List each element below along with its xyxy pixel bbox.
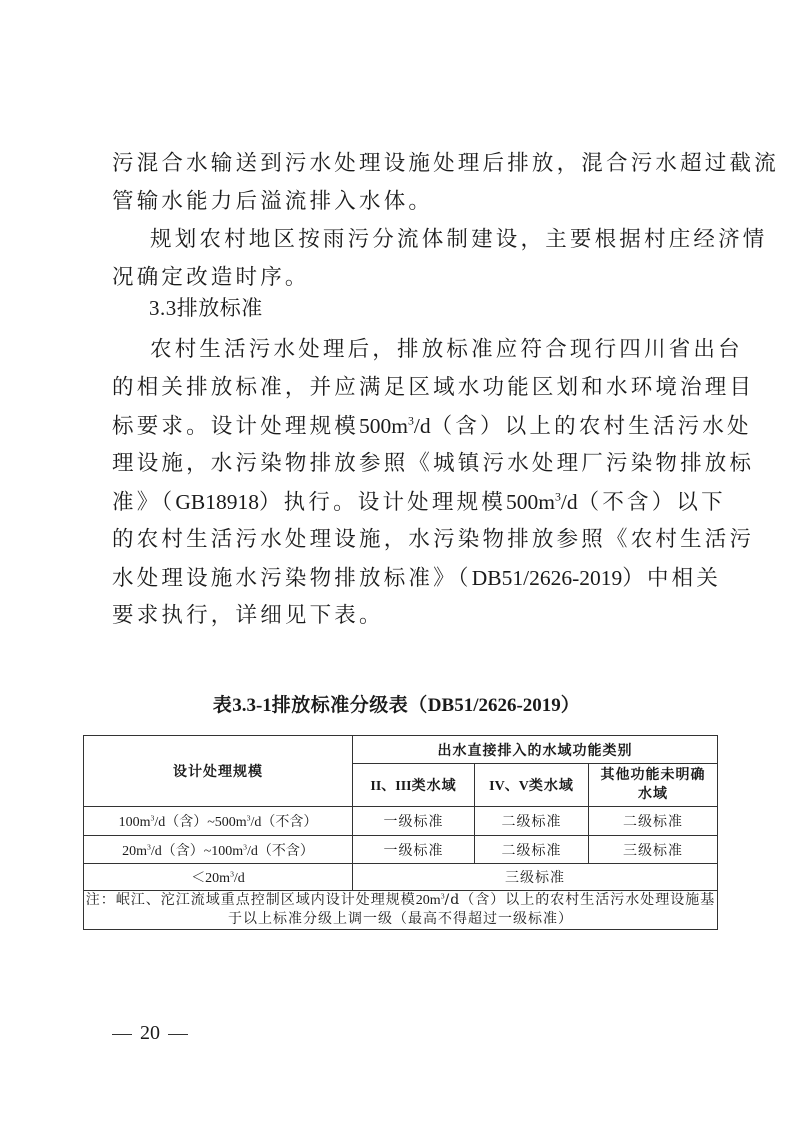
text-span: /d（不含） [251,815,318,830]
text-span: （不含）以下 [578,490,726,515]
text-span: 水域 [638,786,668,802]
text-span: 表 [213,694,233,716]
paragraph-1-line-2: 管输水能力后溢流排入水体。 [112,188,682,216]
table-row: 20m3/d（含）~100m3/d（不含） 一级标准 二级标准 三级标准 [84,836,718,864]
cell-scale: ＜20m3/d [84,864,353,891]
text-span: /d [414,414,431,438]
text-span: ＜20m [191,871,230,886]
header-class-4-5: IV、V类水域 [475,764,589,807]
cell-value: 三级标准 [589,836,718,864]
discharge-standard-table: 设计处理规模 出水直接排入的水域功能类别 II、III类水域 IV、V类水域 其… [83,735,718,930]
cell-value: 二级标准 [475,836,589,864]
capacity-value: 500m3/d [506,490,578,514]
text-span: 100m [119,815,151,830]
text-span: ）执行。设计处理规模 [259,490,506,515]
paragraph-3-line-7: 水处理设施水污染物排放标准》（DB51/2626-2019）中相关 [112,564,682,593]
standard-code: DB51/2626-2019 [428,695,561,716]
paragraph-2-line-1: 规划农村地区按雨污分流体制建设，主要根据村庄经济情 [150,226,720,254]
cell-merged-value: 三级标准 [353,864,718,891]
cell-scale: 20m3/d（含）~100m3/d（不含） [84,836,353,864]
paragraph-3-line-3: 标要求。设计处理规模500m3/d（含）以上的农村生活污水处 [112,412,682,441]
text-span: 其他功能未明确 [601,767,706,783]
table-note-row: 注：岷江、沱江流域重点控制区域内设计处理规模20m3/d（含）以上的农村生活污水… [84,891,718,930]
table-note: 注：岷江、沱江流域重点控制区域内设计处理规模20m3/d（含）以上的农村生活污水… [84,891,718,930]
document-page: 污混合水输送到污水处理设施处理后排放，混合污水超过截流 管输水能力后溢流排入水体… [0,0,793,1122]
capacity-value: 500m3/d [359,414,431,438]
text-span: ）中相关 [622,566,721,591]
section-title: 排放标准 [177,296,263,320]
text-span: /d（不含） [247,844,314,859]
text-span: /d（含）~100m [151,844,243,859]
text-span: 注：岷江、沱江流域重点控制区域内设计处理规模 [86,892,416,908]
cell-value: 一级标准 [353,807,475,836]
table-header-row: 设计处理规模 出水直接排入的水域功能类别 [84,736,718,764]
paragraph-3-line-5: 准》（GB18918）执行。设计处理规模500m3/d（不含）以下 [112,488,682,517]
standard-code: GB18918 [175,490,259,514]
text-span: II、III [370,779,411,794]
cell-value: 二级标准 [589,807,718,836]
text-span: 500m [506,490,555,514]
text-span: IV、V [489,779,529,794]
header-other: 其他功能未明确水域 [589,764,718,807]
text-span: 20m [416,893,441,908]
paragraph-3-line-2: 的相关排放标准，并应满足区域水功能区划和水环境治理目 [112,374,682,402]
paragraph-1-line-1: 污混合水输送到污水处理设施处理后排放，混合污水超过截流 [112,150,682,178]
table-row: 100m3/d（含）~500m3/d（不含） 一级标准 二级标准 二级标准 [84,807,718,836]
text-span: 水处理设施水污染物排放标准》（ [112,566,472,591]
text-span: /d [234,871,245,886]
text-span: 标要求。设计处理规模 [112,414,359,439]
text-span: /d（含）~500m [154,815,246,830]
paragraph-3-line-6: 的农村生活污水处理设施，水污染物排放参照《农村生活污 [112,526,682,554]
header-class-2-3: II、III类水域 [353,764,475,807]
table-caption: 表3.3-1排放标准分级表（DB51/2626-2019） [0,692,793,719]
cell-scale: 100m3/d（含）~500m3/d（不含） [84,807,353,836]
cell-value: 一级标准 [353,836,475,864]
header-scale: 设计处理规模 [84,736,353,807]
section-number: 3.3 [149,296,177,320]
cell-value: 二级标准 [475,807,589,836]
text-span: /d [561,490,578,514]
page-number: 20 [140,1022,160,1044]
text-span: （含）以上的农村生活污水处 [431,414,752,439]
table-row: ＜20m3/d 三级标准 [84,864,718,891]
text-span: 类水域 [412,778,457,794]
dash-left [112,1034,132,1035]
section-heading: 3.3排放标准 [149,294,263,322]
text-span: ） [561,694,581,716]
paragraph-2-line-2: 况确定改造时序。 [112,264,682,292]
page-footer: 20 [104,1020,196,1046]
paragraph-3-line-8: 要求执行，详细见下表。 [112,602,682,630]
paragraph-3-line-1: 农村生活污水处理后，排放标准应符合现行四川省出台 [150,336,720,364]
header-water-function-group: 出水直接排入的水域功能类别 [353,736,718,764]
text-span: 20m [122,844,147,859]
standard-code: DB51/2626-2019 [472,566,623,590]
dash-right [168,1034,188,1035]
text-span: 类水域 [529,778,574,794]
text-span: 排放标准分级表（ [272,694,428,716]
paragraph-3-line-4: 理设施，水污染物排放参照《城镇污水处理厂污染物排放标 [112,450,682,478]
text-span: 500m [359,414,408,438]
text-span: 准》（ [112,490,175,515]
table-number: 3.3-1 [232,695,272,716]
